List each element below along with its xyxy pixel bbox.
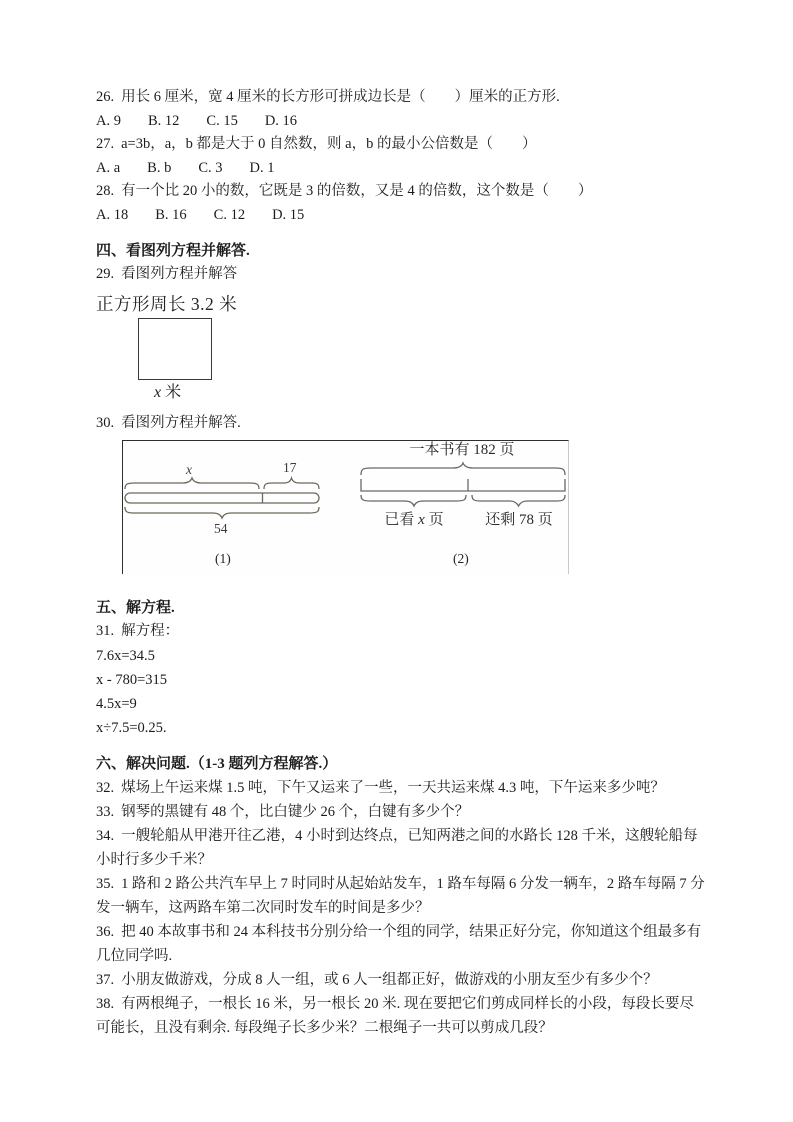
question-number: 35. — [96, 876, 114, 892]
question-number: 37. — [96, 972, 114, 988]
option-d: D. 1 — [250, 160, 275, 176]
question-27-options: A. aB. bC. 3D. 1 — [96, 157, 708, 181]
equation-3: 4.5x=9 — [96, 692, 708, 716]
option-b: B. b — [147, 160, 171, 176]
question-text: 小朋友做游戏，分成 8 人一组，或 6 人一组都正好，做游戏的小朋友至少有多少个… — [121, 972, 658, 988]
question-29-figure: 正方形周长 3.2 米 x 米 — [96, 293, 708, 404]
option-b: B. 12 — [148, 113, 179, 129]
question-26: 26.用长 6 厘米，宽 4 厘米的长方形可拼成边长是（ ）厘米的正方形. — [96, 86, 708, 110]
unit-label: 米 — [161, 384, 181, 401]
question-number: 36. — [96, 924, 114, 940]
diagram2-caption: (2) — [453, 551, 469, 567]
question-number: 38. — [96, 996, 114, 1012]
section-five: 五、解方程. 31.解方程： 7.6x=34.5 x - 780=315 4.5… — [96, 596, 708, 740]
equation-2: x - 780=315 — [96, 668, 708, 692]
problem-38: 38.有两根绳子，一根长 16 米，另一根长 20 米. 现在要把它们剪成同样长… — [96, 992, 708, 1040]
section-six: 六、解决问题.（1-3 题列方程解答.） 32.煤场上午运来煤 1.5 吨，下午… — [96, 752, 708, 1040]
question-text: 把 40 本故事书和 24 本科技书分别分给一个组的同学，结果正好分完，你知道这… — [96, 924, 701, 964]
question-text: 钢琴的黑键有 48 个，比白键少 26 个，白键有多少个？ — [121, 804, 469, 820]
question-28: 28.有一个比 20 小的数，它既是 3 的倍数，又是 4 的倍数，这个数是（ … — [96, 180, 708, 204]
equation-1: 7.6x=34.5 — [96, 644, 708, 668]
bar1-x-label: x — [186, 462, 192, 478]
option-c: C. 15 — [206, 113, 237, 129]
bar1-total-label: 54 — [214, 521, 228, 537]
question-number: 33. — [96, 804, 114, 820]
square-side-label: x 米 — [154, 382, 708, 404]
read-label-text: 已看 — [384, 512, 418, 528]
option-c: C. 3 — [198, 160, 222, 176]
question-number: 26. — [96, 89, 114, 105]
option-a: A. 9 — [96, 113, 121, 129]
problem-37: 37.小朋友做游戏，分成 8 人一组，或 6 人一组都正好，做游戏的小朋友至少有… — [96, 968, 708, 992]
question-number: 34. — [96, 828, 114, 844]
worksheet-page: 26.用长 6 厘米，宽 4 厘米的长方形可拼成边长是（ ）厘米的正方形. A.… — [0, 0, 793, 1040]
option-b: B. 16 — [155, 207, 186, 223]
question-text: 用长 6 厘米，宽 4 厘米的长方形可拼成边长是（ ）厘米的正方形. — [121, 89, 560, 105]
option-a: A. 18 — [96, 207, 128, 223]
question-text: 1 路和 2 路公共汽车早上 7 时同时从起始站发车，1 路车每隔 6 分发一辆… — [96, 876, 705, 916]
problem-36: 36.把 40 本故事书和 24 本科技书分别分给一个组的同学，结果正好分完，你… — [96, 920, 708, 968]
equation-4: x÷7.5=0.25. — [96, 716, 708, 740]
section-four: 四、看图列方程并解答. 29.看图列方程并解答 正方形周长 3.2 米 x 米 … — [96, 239, 708, 574]
question-text: 解方程： — [121, 623, 179, 639]
square-shape — [138, 318, 212, 380]
question-number: 32. — [96, 780, 114, 796]
problem-34: 34.一艘轮船从甲港开往乙港，4 小时到达终点，已知两港之间的水路长 128 千… — [96, 824, 708, 872]
bar-model-drawing — [123, 441, 568, 574]
bar1-right-label: 17 — [283, 460, 297, 476]
question-text: 看图列方程并解答 — [121, 266, 237, 282]
question-29: 29.看图列方程并解答 — [96, 263, 708, 287]
option-d: D. 16 — [265, 113, 297, 129]
problem-35: 35.1 路和 2 路公共汽车早上 7 时同时从起始站发车，1 路车每隔 6 分… — [96, 872, 708, 920]
question-number: 29. — [96, 266, 114, 282]
option-a: A. a — [96, 160, 120, 176]
problem-32: 32.煤场上午运来煤 1.5 吨，下午又运来了一些，一天共运来煤 4.3 吨，下… — [96, 776, 708, 800]
question-text: 看图列方程并解答. — [121, 415, 241, 431]
option-d: D. 15 — [272, 207, 304, 223]
question-30: 30.看图列方程并解答. — [96, 412, 708, 436]
question-30-diagram-box: x 17 54 (1) 一本书有 182 页 已看 x 页 还剩 78 页 (2… — [122, 440, 569, 574]
pages-unit: 页 — [425, 512, 444, 528]
question-27: 27.a=3b，a，b 都是大于 0 自然数，则 a，b 的最小公倍数是（ ） — [96, 133, 708, 157]
square-perimeter-caption: 正方形周长 3.2 米 — [96, 293, 708, 315]
question-text: 有一个比 20 小的数，它既是 3 的倍数，又是 4 的倍数，这个数是（ ） — [121, 183, 592, 199]
problem-33: 33.钢琴的黑键有 48 个，比白键少 26 个，白键有多少个？ — [96, 800, 708, 824]
question-text: 有两根绳子，一根长 16 米，另一根长 20 米. 现在要把它们剪成同样长的小段… — [96, 996, 694, 1036]
question-number: 27. — [96, 136, 114, 152]
question-text: a=3b，a，b 都是大于 0 自然数，则 a，b 的最小公倍数是（ ） — [121, 136, 536, 152]
section-five-heading: 五、解方程. — [96, 596, 708, 620]
question-text: 煤场上午运来煤 1.5 吨，下午又运来了一些，一天共运来煤 4.3 吨，下午运来… — [121, 780, 665, 796]
section-four-heading: 四、看图列方程并解答. — [96, 239, 708, 263]
question-number: 31. — [96, 623, 114, 639]
variable-x: x — [418, 512, 425, 528]
question-31: 31.解方程： — [96, 620, 708, 644]
bar2-total-label: 一本书有 182 页 — [359, 441, 565, 459]
option-c: C. 12 — [214, 207, 245, 223]
bar2-left-label: 已看 x 页 — [363, 511, 465, 529]
section-six-heading: 六、解决问题.（1-3 题列方程解答.） — [96, 752, 708, 776]
question-28-options: A. 18B. 16C. 12D. 15 — [96, 204, 708, 228]
diagram1-caption: (1) — [215, 551, 231, 567]
choice-question-block: 26.用长 6 厘米，宽 4 厘米的长方形可拼成边长是（ ）厘米的正方形. A.… — [96, 86, 708, 227]
question-number: 30. — [96, 415, 114, 431]
question-26-options: A. 9B. 12C. 15D. 16 — [96, 110, 708, 134]
question-text: 一艘轮船从甲港开往乙港，4 小时到达终点，已知两港之间的水路长 128 千米，这… — [96, 828, 698, 868]
question-number: 28. — [96, 183, 114, 199]
bar2-right-label: 还剩 78 页 — [469, 511, 569, 529]
